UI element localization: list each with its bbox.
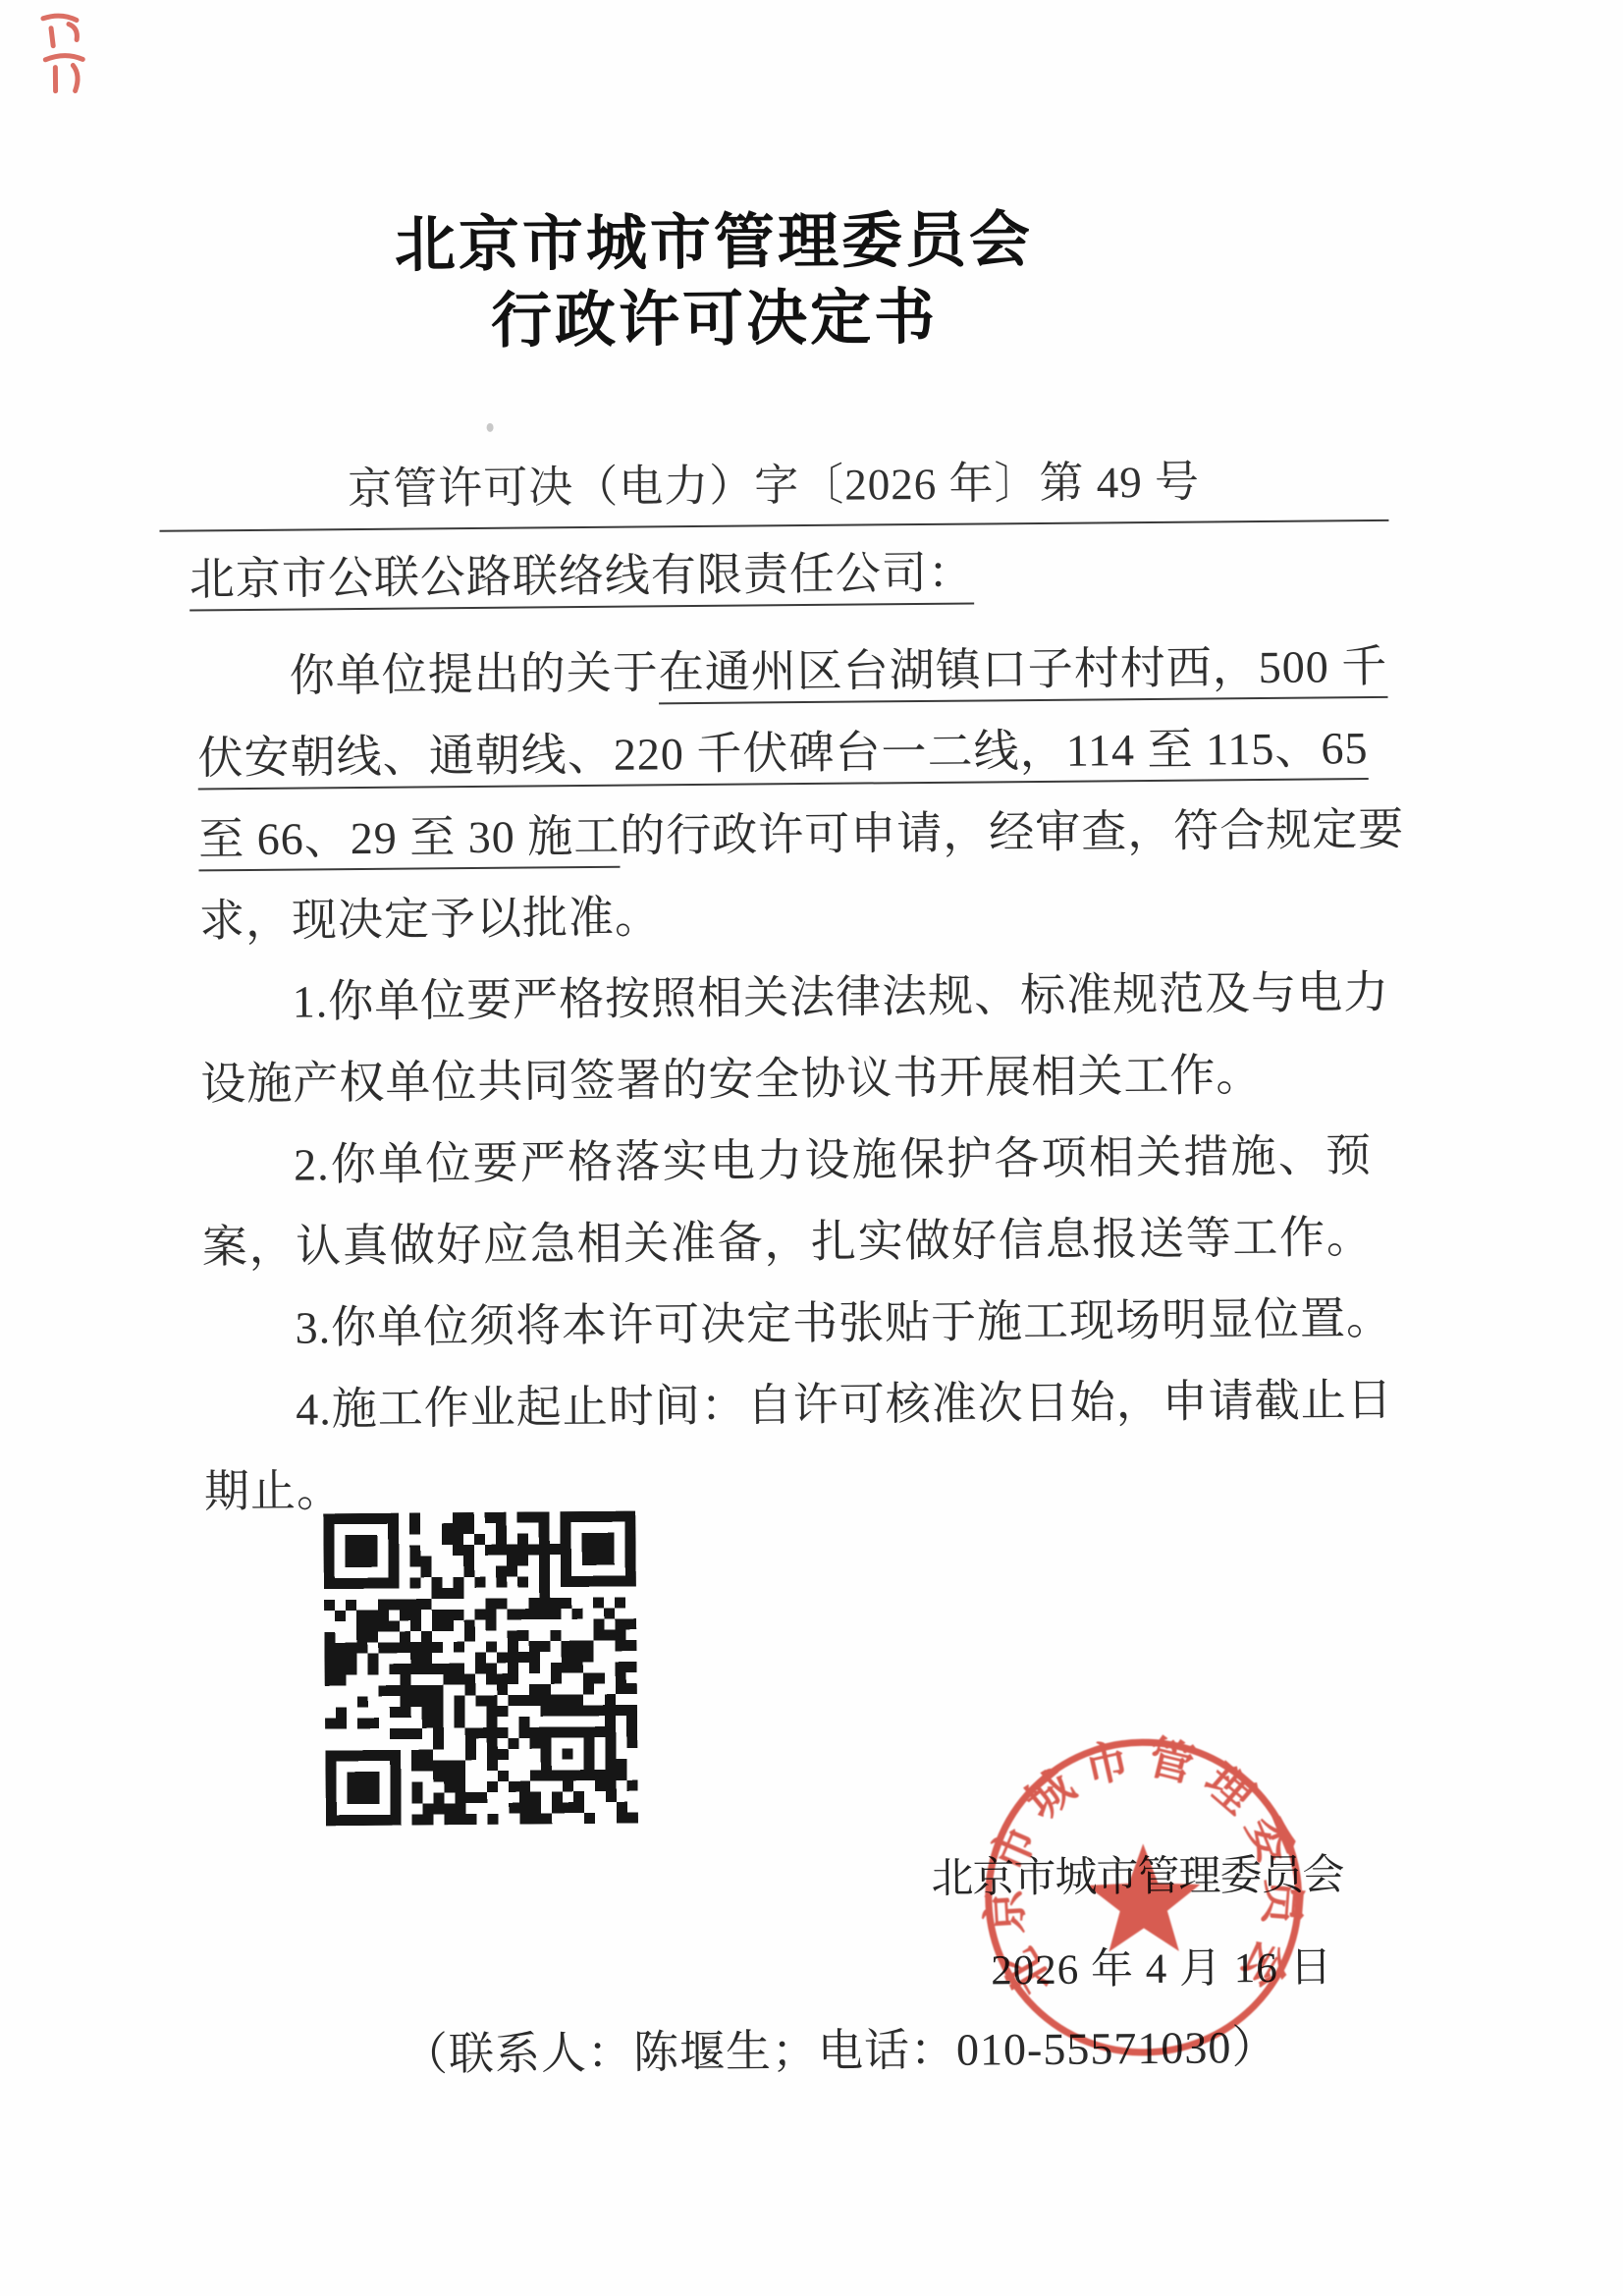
title-line-2: 行政许可决定书 — [0, 275, 1436, 364]
qr-code — [323, 1511, 638, 1827]
body-line-item1-2: 设施产权单位共同签署的安全协议书开展相关工作。 — [200, 1033, 1372, 1124]
body-line-item4-1: 4.施工作业起止时间：自许可核准次日始，申请截止日 — [203, 1359, 1375, 1450]
body-line-item2-2: 案，认真做好应急相关准备，扎实做好信息报送等工作。 — [201, 1196, 1373, 1287]
corner-red-mark — [29, 8, 103, 108]
p1-l1-underlined: 在通州区台湖镇口子村村西，500 千 — [659, 641, 1388, 697]
body-line-p1-3: 至 66、29 至 30 施工的行政许可申请，经审查，符合规定要 — [198, 789, 1370, 880]
p1-l2-underlined: 伏安朝线、通朝线、220 千伏碑台一二线，114 至 115、65 — [197, 723, 1368, 783]
body-line-p1-1: 你单位提出的关于在通州区台湖镇口子村村西，500 千 — [196, 626, 1368, 717]
seal-star-icon — [1086, 1843, 1200, 1952]
addressee-text: 北京市公联公路联络线有限责任公司： — [189, 548, 974, 605]
document-body: 你单位提出的关于在通州区台湖镇口子村村西，500 千 伏安朝线、通朝线、220 … — [196, 626, 1375, 1532]
document-content: 北京市城市管理委员会 行政许可决定书 京管许可决（电力）字〔2026 年〕第 4… — [0, 0, 1623, 2296]
document-number-line: 京管许可决（电力）字〔2026 年〕第 49 号 — [159, 455, 1389, 532]
body-line-p1-4: 求，现决定予以批准。 — [199, 870, 1371, 961]
title-line-1: 北京市城市管理委员会 — [0, 198, 1435, 288]
official-seal: 北京市城市管理委员会 — [973, 1727, 1314, 2068]
document-title: 北京市城市管理委员会 行政许可决定书 — [0, 198, 1436, 364]
addressee-line: 北京市公联公路联络线有限责任公司： — [189, 545, 974, 609]
body-line-item3: 3.你单位须将本许可决定书张贴于施工现场明显位置。 — [202, 1278, 1374, 1369]
p1-l1-plain: 你单位提出的关于 — [290, 647, 659, 700]
body-line-item1-1: 1.你单位要严格按照相关法律法规、标准规范及与电力 — [199, 952, 1371, 1043]
body-line-item2-1: 2.你单位要严格落实电力设施保护各项相关措施、预 — [201, 1115, 1373, 1206]
p1-l3-underlined: 至 66、29 至 30 施工 — [198, 811, 620, 865]
scanned-document-page: 北京市城市管理委员会 行政许可决定书 京管许可决（电力）字〔2026 年〕第 4… — [0, 0, 1623, 2296]
p1-l3-plain: 的行政许可申请，经审查，符合规定要 — [620, 804, 1404, 861]
body-line-p1-2: 伏安朝线、通朝线、220 千伏碑台一二线，114 至 115、65 — [197, 707, 1369, 798]
scan-speck — [487, 423, 494, 432]
